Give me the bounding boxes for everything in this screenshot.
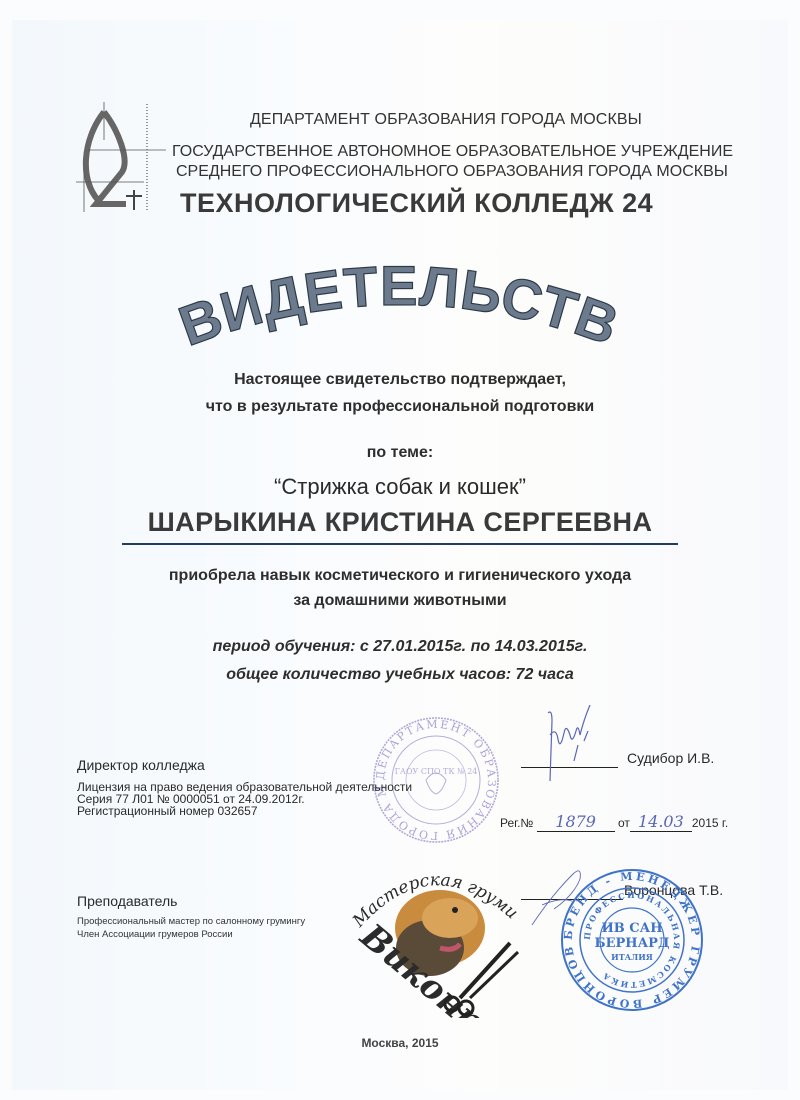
college-name: ТЕХНОЛОГИЧЕСКИЙ КОЛЛЕДЖ 24	[180, 188, 653, 219]
director-title: Директор колледжа	[77, 757, 205, 773]
registration-number: 1879	[555, 812, 596, 831]
teacher-desc-line-1: Профессиональный мастер по салонному гру…	[77, 915, 305, 928]
svg-text:СВИДЕТЕЛЬСТВО: СВИДЕТЕЛЬСТВО	[170, 255, 626, 358]
college-24-logo-icon	[74, 100, 166, 212]
license-info: Лицензия на право ведения образовательно…	[77, 781, 412, 817]
registration-line: Рег.№ 1879 от14.032015 г.	[500, 812, 728, 832]
registration-label: Рег.№	[500, 816, 533, 830]
skill-line-2: за домашними животными	[0, 592, 800, 610]
license-line-3: Регистрационный номер 032657	[77, 805, 412, 817]
teacher-description: Профессиональный мастер по салонному гру…	[77, 915, 305, 941]
director-name: Судибор И.В.	[627, 750, 714, 766]
topic-title: “Стрижка собак и кошек”	[0, 474, 800, 500]
study-hours: общее количество учебных часов: 72 часа	[0, 666, 800, 684]
teacher-name: Воронцова Т.В.	[624, 882, 723, 898]
name-underline	[122, 543, 678, 545]
teacher-signature-icon	[522, 855, 602, 935]
study-period: период обучения: с 27.01.2015г. по 14.03…	[0, 638, 800, 656]
teacher-desc-line-2: Член Ассоциации грумеров России	[77, 928, 305, 941]
registration-date: 14.03	[638, 812, 684, 831]
certificate-title: СВИДЕТЕЛЬСТВО	[170, 255, 630, 365]
registration-year: 2015 г.	[692, 816, 728, 830]
institution-line-2: СРЕДНЕГО ПРОФЕССИОНАЛЬНОГО ОБРАЗОВАНИЯ Г…	[176, 163, 728, 181]
director-signature-icon	[530, 705, 620, 795]
institution-line-1: ГОСУДАРСТВЕННОЕ АВТОНОМНОЕ ОБРАЗОВАТЕЛЬН…	[172, 143, 733, 161]
registration-from-label: от	[618, 816, 630, 830]
topic-label: по теме:	[0, 444, 800, 462]
title-text: СВИДЕТЕЛЬСТВО	[170, 255, 626, 358]
teacher-title: Преподаватель	[77, 893, 177, 909]
skill-line-1: приобрела навык косметического и гигиени…	[0, 567, 800, 585]
department-heading: ДЕПАРТАМЕНТ ОБРАЗОВАНИЯ ГОРОДА МОСКВЫ	[250, 111, 642, 129]
recipient-name: ШАРЫКИНА КРИСТИНА СЕРГЕЕВНА	[0, 507, 800, 538]
intro-line-2: что в результате профессиональной подгот…	[0, 398, 800, 416]
footer-city-year: Москва, 2015	[0, 1036, 800, 1050]
intro-line-1: Настоящее свидетельство подтверждает,	[0, 371, 800, 389]
